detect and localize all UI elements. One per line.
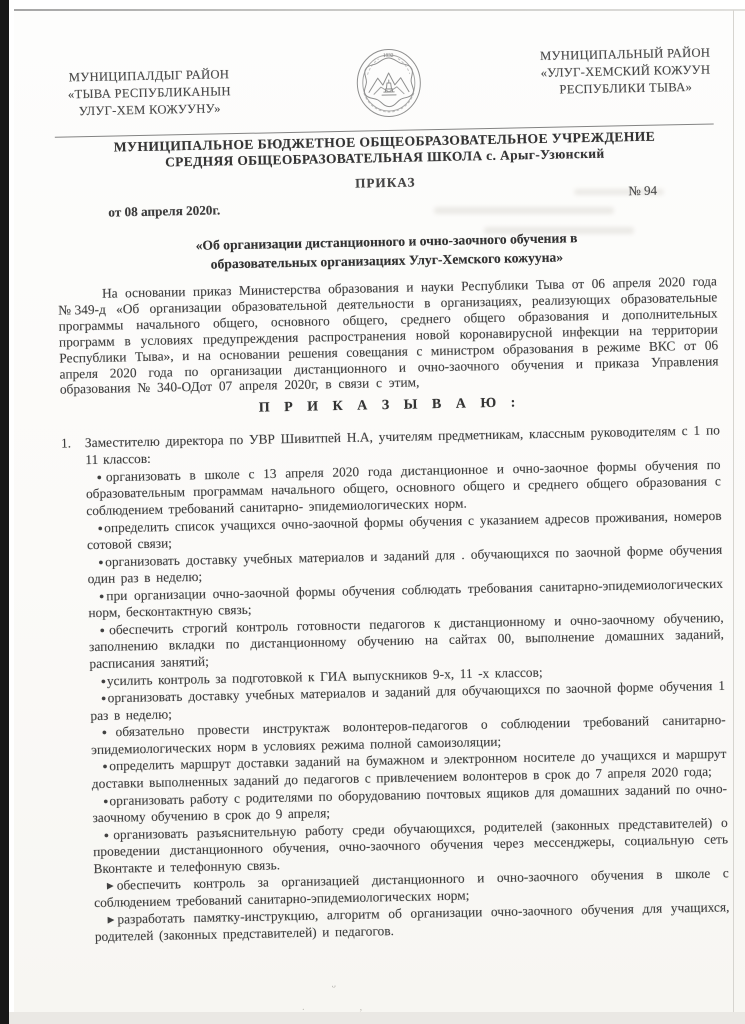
bullet-marker-icon: ► <box>105 914 117 926</box>
resolution-word: П Р И К А З Ы В А Ю : <box>60 392 719 421</box>
org-name-tuvan: МУНИЦИПАЛДЫГ РАЙОН «ТЫВА РЕСПУБЛИКАНЫН У… <box>67 66 231 120</box>
scan-bottom-edge <box>9 1012 745 1024</box>
bullet-marker-icon: ► <box>105 880 117 892</box>
order-date: от 08 апреля 2020г. <box>108 202 220 220</box>
org-name-russian: МУНИЦИПАЛЬНЫЙ РАЙОН «УЛУГ-ХЕМСКИЙ КОЖУУН… <box>540 45 711 99</box>
document-type: ПРИКАЗ <box>56 168 715 197</box>
letterhead: МУНИЦИПАЛДЫГ РАЙОН «ТЫВА РЕСПУБЛИКАНЫН У… <box>52 4 713 129</box>
document-content: МУНИЦИПАЛДЫГ РАЙОН «ТЫВА РЕСПУБЛИКАНЫН У… <box>52 4 731 1018</box>
order-heading: ПРИКАЗ № 94 от 08 апреля 2020г. <box>56 168 716 225</box>
item-body: Заместителю директора по УВР Шивитпей Н.… <box>85 423 730 946</box>
scanned-page: МУНИЦИПАЛДЫГ РАЙОН «ТЫВА РЕСПУБЛИКАНЫН У… <box>0 0 745 1024</box>
order-title: «Об организации дистанционного и очно-за… <box>57 226 717 276</box>
bullet-marker-icon: ● <box>102 727 116 737</box>
paper: МУНИЦИПАЛДЫГ РАЙОН «ТЫВА РЕСПУБЛИКАНЫН У… <box>14 11 745 1012</box>
scan-right-edge <box>733 10 734 1015</box>
order-number: № 94 <box>628 183 657 200</box>
org-name-line: РЕСПУБЛИКИ ТЫВА» <box>541 79 712 99</box>
district-seal-icon: 1932 <box>354 46 424 123</box>
order-item-1: 1. Заместителю директора по УВР Шивитпей… <box>61 423 730 947</box>
order-preamble: На основании приказ Министерства образов… <box>58 273 719 398</box>
org-name-line: УЛУГ-ХЕМ КОЖУУНУ» <box>68 100 231 120</box>
order-bullet-list: ●организовать в школе с 13 апреля 2020 г… <box>85 456 729 945</box>
scan-left-edge <box>0 0 9 1024</box>
